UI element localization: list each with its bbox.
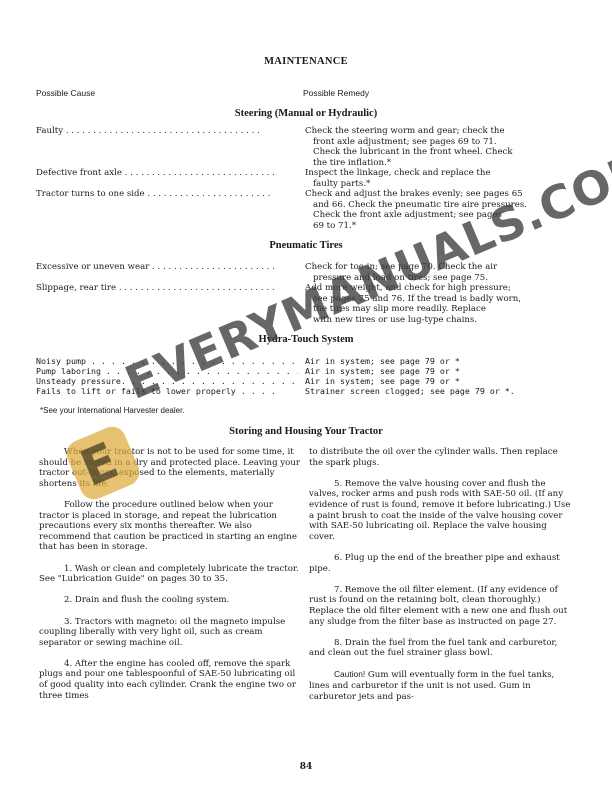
paragraph: 7. Remove the oil filter element. (If an… bbox=[309, 585, 571, 627]
manual-page: MAINTENANCE Possible Cause Possible Reme… bbox=[0, 0, 612, 792]
footnote: *See your International Harvester dealer… bbox=[40, 406, 185, 415]
section-heading-tires: Pneumatic Tires bbox=[0, 240, 612, 251]
remedy-text: Air in system; see page 79 or * bbox=[305, 366, 583, 377]
column-header-remedy: Possible Remedy bbox=[303, 88, 369, 98]
remedy-text: Add more weight, and check for high pres… bbox=[305, 283, 583, 325]
cause-text: Slippage, rear tire . . . . . . . . . . … bbox=[36, 283, 298, 294]
storage-left-column: When your tractor is not to be used for … bbox=[39, 447, 301, 712]
remedy-text: Strainer screen clogged; see page 79 or … bbox=[305, 386, 583, 397]
remedy-text: Check for toe-in; see page 70. Check the… bbox=[305, 262, 583, 283]
cause-text: Noisy pump . . . . . . . . . . . . . . .… bbox=[36, 356, 298, 367]
column-header-cause: Possible Cause bbox=[36, 88, 95, 98]
remedy-text: Check the steering worm and gear; check … bbox=[305, 126, 583, 168]
paragraph: 3. Tractors with magneto: oil the magnet… bbox=[39, 617, 301, 649]
paragraph: 2. Drain and flush the cooling system. bbox=[39, 595, 301, 606]
caution-paragraph: Caution! Gum will eventually form in the… bbox=[309, 669, 571, 702]
cause-text: Fails to lift or fails to lower properly… bbox=[36, 386, 298, 397]
remedy-text: Check and adjust the brakes evenly; see … bbox=[305, 189, 583, 231]
page-number: 84 bbox=[0, 762, 612, 772]
remedy-text: Air in system; see page 79 or * bbox=[305, 376, 583, 387]
paragraph: 8. Drain the fuel from the fuel tank and… bbox=[309, 638, 571, 659]
paragraph: Follow the procedure outlined below when… bbox=[39, 500, 301, 553]
remedy-text: Air in system; see page 79 or * bbox=[305, 356, 583, 367]
paragraph: to distribute the oil over the cylinder … bbox=[309, 447, 571, 468]
paragraph: When your tractor is not to be used for … bbox=[39, 447, 301, 489]
cause-text: Faulty . . . . . . . . . . . . . . . . .… bbox=[36, 126, 298, 137]
paragraph: 5. Remove the valve housing cover and fl… bbox=[309, 479, 571, 543]
section-heading-storage: Storing and Housing Your Tractor bbox=[0, 426, 612, 437]
remedy-text: Inspect the linkage, check and replace t… bbox=[305, 168, 583, 189]
cause-text: Defective front axle . . . . . . . . . .… bbox=[36, 168, 298, 179]
storage-right-column: to distribute the oil over the cylinder … bbox=[309, 447, 571, 713]
caution-label: Caution! bbox=[334, 669, 365, 679]
cause-text: Tractor turns to one side . . . . . . . … bbox=[36, 189, 298, 200]
section-heading-steering: Steering (Manual or Hydraulic) bbox=[0, 108, 612, 119]
page-title: MAINTENANCE bbox=[0, 56, 612, 67]
cause-text: Unsteady pressure. . . . . . . . . . . .… bbox=[36, 376, 298, 387]
cause-text: Pump laboring . . . . . . . . . . . . . … bbox=[36, 366, 298, 377]
paragraph: 4. After the engine has cooled off, remo… bbox=[39, 659, 301, 701]
section-heading-hydra: Hydra-Touch System bbox=[0, 334, 612, 345]
paragraph: 1. Wash or clean and completely lubricat… bbox=[39, 564, 301, 585]
paragraph: 6. Plug up the end of the breather pipe … bbox=[309, 553, 571, 574]
cause-text: Excessive or uneven wear . . . . . . . .… bbox=[36, 262, 298, 273]
